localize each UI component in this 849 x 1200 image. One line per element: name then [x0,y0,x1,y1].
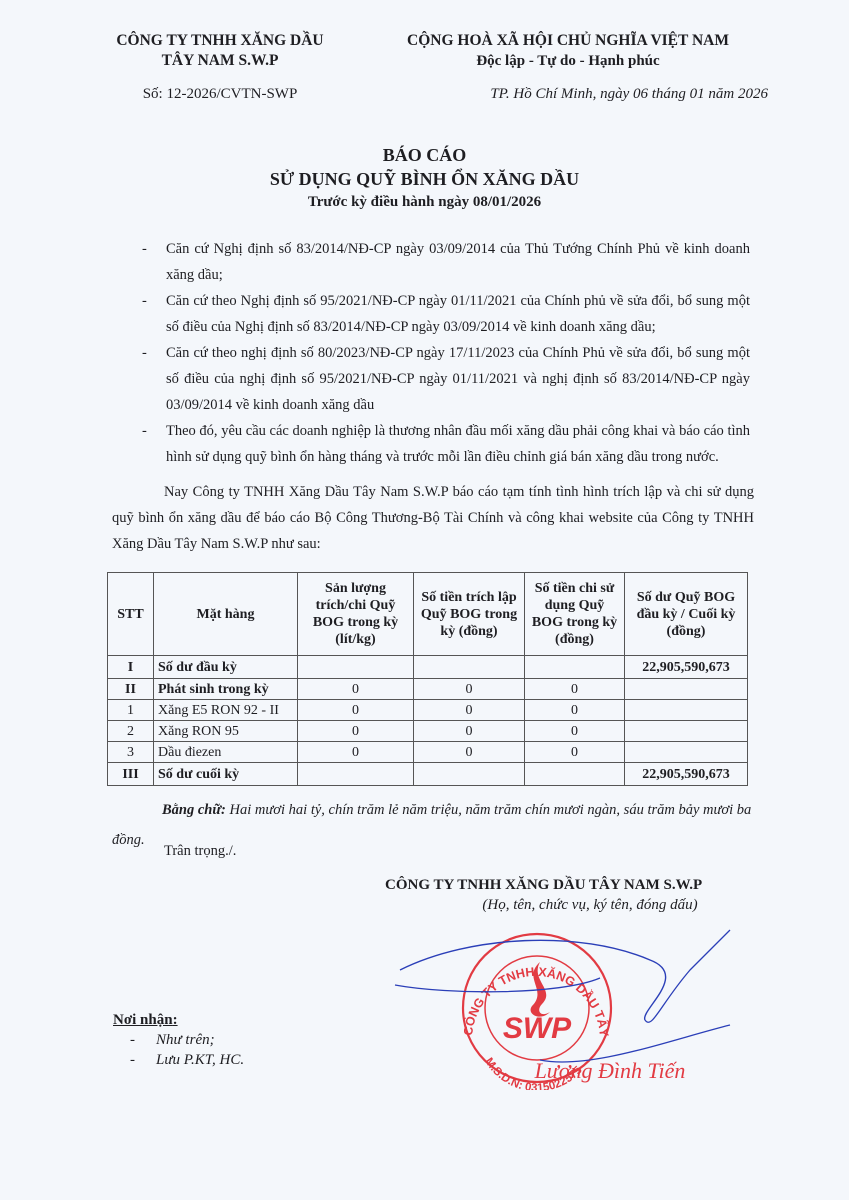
legal-basis-item: Căn cứ theo Nghị định số 95/2021/NĐ-CP n… [140,288,750,340]
intro-paragraph: Nay Công ty TNHH Xăng Dầu Tây Nam S.W.P … [112,479,754,557]
nation-title: CỘNG HOÀ XÃ HỘI CHỦ NGHĨA VIỆT NAM [368,31,768,51]
legal-basis-item: Căn cứ theo nghị định số 80/2023/NĐ-CP n… [140,340,750,418]
title-line2: SỬ DỤNG QUỸ BÌNH ỔN XĂNG DẦU [0,167,849,191]
cell-allocated [414,656,525,679]
cell-spent: 0 [525,700,625,721]
header-stt: STT [108,573,154,656]
national-header: CỘNG HOÀ XÃ HỘI CHỦ NGHĨA VIỆT NAM Độc l… [368,31,768,71]
signer-name: Lương Đình Tiến [534,1058,686,1083]
table-row: 2Xăng RON 95000 [108,721,748,742]
cell-spent [525,656,625,679]
recipient-item: Lưu P.KT, HC. [130,1050,244,1070]
header-spent: Số tiền chi sử dụng Quỹ BOG trong kỳ (đồ… [525,573,625,656]
svg-text:SWP: SWP [503,1012,572,1045]
cell-volume: 0 [298,700,414,721]
cell-item: Xăng RON 95 [154,721,298,742]
cell-spent [525,763,625,786]
table-row: IIPhát sinh trong kỳ000 [108,679,748,700]
cell-allocated: 0 [414,721,525,742]
cell-spent: 0 [525,721,625,742]
recipients-title: Nơi nhận: [113,1012,178,1029]
cell-allocated [414,763,525,786]
company-name-line2: TÂY NAM S.W.P [85,51,355,71]
cell-item: Dầu điezen [154,742,298,763]
cell-stt: 2 [108,721,154,742]
cell-balance: 22,905,590,673 [625,656,748,679]
recipients-title-text: Nơi nhận [113,1012,173,1028]
recipient-item: Như trên; [130,1030,244,1050]
legal-basis-item: Căn cứ Nghị định số 83/2014/NĐ-CP ngày 0… [140,236,750,288]
cell-volume: 0 [298,742,414,763]
cell-balance [625,679,748,700]
cell-balance [625,721,748,742]
header-allocated: Số tiền trích lập Quỹ BOG trong kỳ (đồng… [414,573,525,656]
cell-item: Phát sinh trong kỳ [154,679,298,700]
table-row: ISố dư đầu kỳ22,905,590,673 [108,656,748,679]
amount-in-words-label: Bằng chữ: [162,802,226,818]
cell-volume [298,763,414,786]
place-date: TP. Hồ Chí Minh, ngày 06 tháng 01 năm 20… [380,86,768,103]
table-row: IIISố dư cuối kỳ22,905,590,673 [108,763,748,786]
cell-volume: 0 [298,721,414,742]
cell-spent: 0 [525,742,625,763]
cell-balance [625,742,748,763]
table-header-row: STT Mặt hàng Sản lượng trích/chi Quỹ BOG… [108,573,748,656]
cell-spent: 0 [525,679,625,700]
title-line3: Trước kỳ điều hành ngày 08/01/2026 [0,191,849,213]
company-stamp-signature: CÔNG TY TNHH XĂNG DẦU TÂY NAM S.W.P M.S.… [390,900,750,1090]
cell-balance: 22,905,590,673 [625,763,748,786]
header-balance: Số dư Quỹ BOG đầu kỳ / Cuối kỳ (đồng) [625,573,748,656]
cell-item: Số dư đầu kỳ [154,656,298,679]
cell-balance [625,700,748,721]
table-row: 3Dầu điezen000 [108,742,748,763]
bog-fund-table: STT Mặt hàng Sản lượng trích/chi Quỹ BOG… [107,572,748,786]
cell-allocated: 0 [414,742,525,763]
cell-stt: 3 [108,742,154,763]
table-row: 1Xăng E5 RON 92 - II000 [108,700,748,721]
report-title: BÁO CÁO SỬ DỤNG QUỸ BÌNH ỔN XĂNG DẦU Trư… [0,143,849,213]
cell-volume: 0 [298,679,414,700]
legal-basis-item: Theo đó, yêu cầu các doanh nghiệp là thư… [140,418,750,470]
cell-allocated: 0 [414,700,525,721]
cell-stt: I [108,656,154,679]
cell-stt: III [108,763,154,786]
legal-basis-list: Căn cứ Nghị định số 83/2014/NĐ-CP ngày 0… [140,236,750,470]
recipients-list: Như trên; Lưu P.KT, HC. [130,1030,244,1070]
cell-stt: II [108,679,154,700]
company-header: CÔNG TY TNHH XĂNG DẦU TÂY NAM S.W.P [85,31,355,71]
document-number: Số: 12-2026/CVTN-SWP [85,86,355,103]
title-line1: BÁO CÁO [0,143,849,167]
nation-motto: Độc lập - Tự do - Hạnh phúc [368,51,768,71]
header-volume: Sản lượng trích/chi Quỹ BOG trong kỳ (lí… [298,573,414,656]
closing-regards: Trân trọng./. [164,843,236,860]
company-name-line1: CÔNG TY TNHH XĂNG DẦU [85,31,355,51]
header-item: Mặt hàng [154,573,298,656]
signature-company: CÔNG TY TNHH XĂNG DẦU TÂY NAM S.W.P [385,877,765,894]
cell-allocated: 0 [414,679,525,700]
cell-stt: 1 [108,700,154,721]
cell-item: Xăng E5 RON 92 - II [154,700,298,721]
cell-item: Số dư cuối kỳ [154,763,298,786]
cell-volume [298,656,414,679]
